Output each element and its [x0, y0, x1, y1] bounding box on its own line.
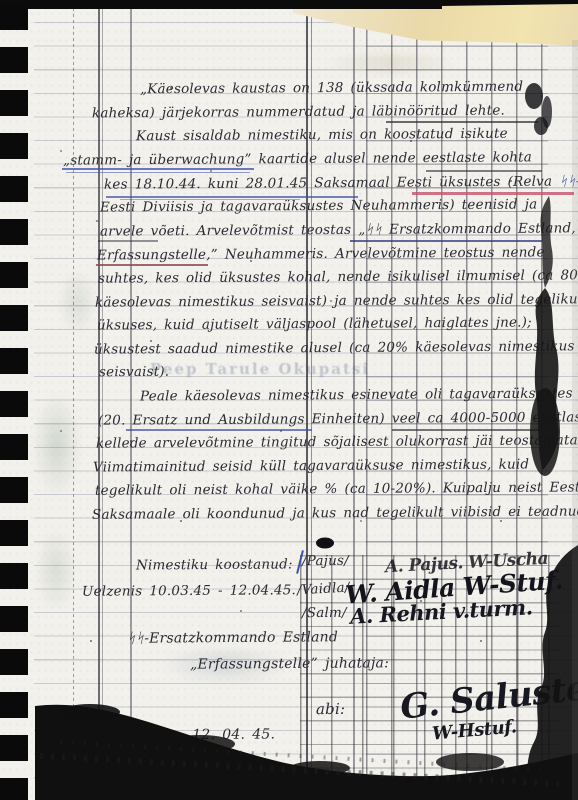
margin-line [130, 8, 132, 800]
handwritten-line: Erfassungstelle,” Neuhammeris. Arvelevõt… [97, 244, 545, 263]
red-underline-mark [412, 192, 574, 195]
blue-underline-mark [126, 429, 312, 431]
handwritten-line: Viimatimainitud seisid küll tagavaraüksu… [93, 456, 529, 475]
margin-line [73, 8, 74, 800]
handwritten-line: käesolevas nimestikus seisvaist) ja nend… [95, 291, 578, 311]
handwritten-line: suhtes, kes olid üksustes kohal, nende i… [98, 267, 578, 287]
role-line: „Erfassungstelle” juhataja: [190, 655, 389, 673]
line-fragment: kes 18.10.44. kuni 28.01.45 Saksamaal Ee… [104, 174, 559, 193]
handwritten-line: „stamm- ja überwachung” kaartide alusel … [63, 149, 532, 168]
signature-name: /Pajus/ [302, 553, 349, 570]
line-fragment-ss-runes: ᛋᛋ-20 [559, 173, 578, 189]
underline-mark [386, 121, 538, 123]
handwritten-line: tegelikult oli neist kohal väike % (ca 1… [95, 479, 578, 499]
handwritten-line: Peale käesolevas nimestikus esinevate ol… [140, 385, 573, 404]
handwritten-line: üksustest saadud nimestike alusel (ca 20… [94, 338, 575, 358]
maroon-underline-mark [96, 264, 208, 266]
handwritten-line: kes 18.10.44. kuni 28.01.45 Saksamaal Ee… [104, 173, 578, 193]
handwritten-line: Eesti Diviisis ja tagavaraüksustes Neuha… [100, 196, 537, 215]
assistant-label: abi: [316, 700, 345, 718]
blue-underline-mark [350, 240, 542, 242]
signature-name: /Vaidla/ [297, 580, 350, 599]
signature-caption: Nimestiku koostanud: [136, 556, 293, 573]
footer-place-date: Uelzen. 12. 04. 45. [130, 726, 275, 744]
place-and-dates: Uelzenis 10.03.45 - 12.04.45. [82, 582, 296, 600]
handwritten-line: Saksamaale oli koondunud ja kus nad tege… [92, 503, 578, 523]
handwritten-line: kellede arvelevõtmine tingitud sõjalises… [96, 432, 578, 452]
comb-binding [0, 4, 28, 800]
speckle-noise [0, 0, 2, 2]
handwritten-line: arvele võeti. Arvelevõtmist teostas „ᛋᛋ … [100, 220, 576, 240]
handwritten-line: seisvaist). [99, 364, 169, 381]
handwritten-line: Kaust sisaldab nimestiku, mis on koostat… [136, 126, 508, 145]
handwritten-line: kaheksa) järjekorras nummerdatud ja läbi… [92, 103, 505, 122]
unit-line: ᛋᛋ-Ersatzkommando Estland [127, 629, 338, 647]
underline-mark [392, 429, 542, 431]
margin-line [102, 8, 103, 800]
handwritten-line: (20. Ersatz und Ausbildungs Einheiten) v… [98, 409, 578, 429]
underline-mark [426, 170, 542, 172]
blue-underline-mark [66, 172, 250, 173]
handwritten-line: „Käesolevas kaustas on 138 (ükssada kolm… [140, 79, 523, 98]
underline-mark [98, 240, 158, 242]
scanned-document-page: Peep Tarule Okupatsi „Käesolevas kaustas… [0, 0, 578, 800]
margin-line [98, 8, 100, 800]
signature-name: /Salm/ [302, 605, 347, 621]
handwritten-line: üksuses, kuid ajutiselt väljaspool (lähe… [97, 314, 532, 333]
